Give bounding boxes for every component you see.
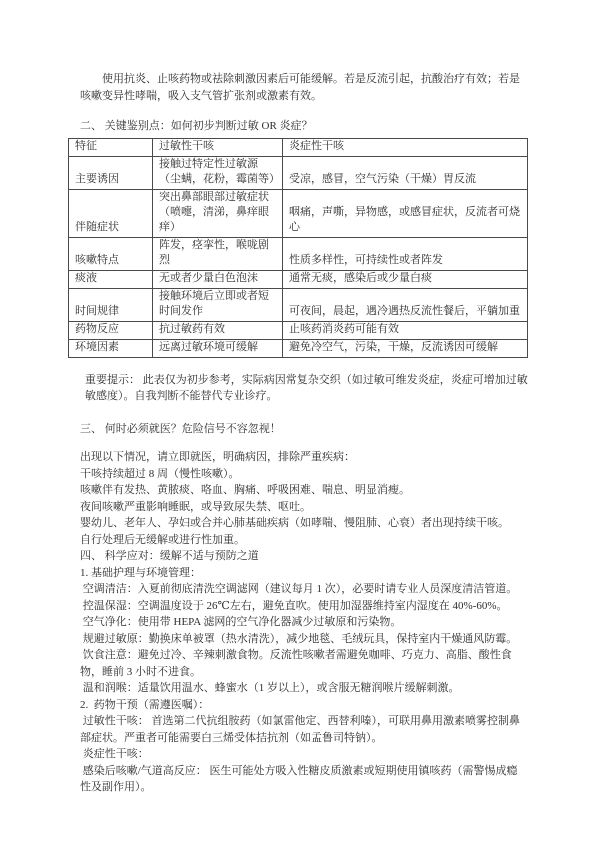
table-header-row: 特征 过敏性干咳 炎症性干咳 — [69, 138, 528, 156]
header-feature: 特征 — [69, 138, 153, 156]
medication-line: 感染后咳嗽/气道高反应： 医生可能处方吸入性糖皮质激素或短期使用镇咳药（需警惕成… — [80, 763, 528, 796]
inflammatory-cell: 通常无痰，感染后或少量白痰 — [283, 270, 528, 288]
warning-line: 夜间咳嗽严重影响睡眠，或导致尿失禁、呕吐。 — [80, 499, 528, 516]
table-row: 咳嗽特点 阵发，痉挛性，喉咙剧烈 性质多样性，可持续性或者阵发 — [69, 237, 528, 270]
care-line: 空气净化：使用带 HEPA 滤网的空气净化器减少过敏原和污染物。 — [80, 614, 528, 631]
feature-cell: 时间规律 — [69, 288, 153, 321]
feature-cell: 痰液 — [69, 270, 153, 288]
medication-heading: 2. 药物干预（需遵医嘱）： — [80, 697, 528, 714]
care-line: 空调清洁：入夏前彻底清洗空调滤网（建议每月 1 次），必要时请专业人员深度清洁管… — [80, 581, 528, 598]
care-line: 饮食注意：避免过冷、辛辣刺激食物。反流性咳嗽者需避免咖啡、巧克力、高脂、酸性食物… — [80, 647, 528, 680]
table-row: 药物反应 抗过敏药有效 止咳药消炎药可能有效 — [69, 321, 528, 339]
care-line: 控温保湿：空调温度设于 26℃左右，避免直吹。使用加湿器维持室内湿度在 40%-… — [80, 598, 528, 615]
care-line: 温和润喉：适量饮用温水、蜂蜜水（1 岁以上），或含服无糖润喉片缓解刺激。 — [80, 680, 528, 697]
medication-line: 炎症性干咳： — [80, 746, 528, 763]
table-row: 伴随症状 突出鼻部眼部过敏症状（喷嚏，清涕，鼻痒眼痒） 咽痛，声嘶，异物感，或感… — [69, 189, 528, 237]
section-3-heading: 三、 何时必须就医？危险信号不容忽视！ — [80, 421, 528, 438]
feature-cell: 药物反应 — [69, 321, 153, 339]
feature-cell: 环境因素 — [69, 339, 153, 357]
feature-cell: 咳嗽特点 — [69, 237, 153, 270]
allergic-cell: 远离过敏环境可缓解 — [153, 339, 283, 357]
comparison-table: 特征 过敏性干咳 炎症性干咳 主要诱因 接触过特定性过敏源（尘螨，花粉，霉菌等）… — [68, 138, 528, 358]
inflammatory-cell: 止咳药消炎药可能有效 — [283, 321, 528, 339]
allergic-cell: 突出鼻部眼部过敏症状（喷嚏，清涕，鼻痒眼痒） — [153, 189, 283, 237]
note-paragraph: 重要提示： 此表仅为初步参考，实际病因常复杂交织（如过敏可维发炎症，炎症可增加过… — [80, 372, 528, 405]
feature-cell: 主要诱因 — [69, 156, 153, 189]
feature-cell: 伴随症状 — [69, 189, 153, 237]
inflammatory-cell: 避免冷空气，污染，干燥，反流诱因可缓解 — [283, 339, 528, 357]
intro-paragraph: 使用抗炎、止咳药物或祛除刺激因素后可能缓解。若是反流引起，抗酸治疗有效；若是咳嗽… — [80, 71, 528, 104]
header-allergic: 过敏性干咳 — [153, 138, 283, 156]
table-row: 环境因素 远离过敏环境可缓解 避免冷空气，污染，干燥，反流诱因可缓解 — [69, 339, 528, 357]
section-4-heading: 四、 科学应对：缓解不适与预防之道 — [80, 548, 528, 565]
table-row: 主要诱因 接触过特定性过敏源（尘螨，花粉，霉菌等） 受凉，感冒，空气污染（干燥）… — [69, 156, 528, 189]
medication-line: 过敏性干咳： 首选第二代抗组胺药（如氯雷他定、西替利嗪），可联用鼻用激素喷雾控制… — [80, 713, 528, 746]
table-row: 痰液 无或者少量白色泡沫 通常无痰，感染后或少量白痰 — [69, 270, 528, 288]
warning-line: 婴幼儿、老年人、孕妇或合并心肺基础疾病（如哮喘、慢阻肺、心衰）者出现持续干咳。 — [80, 515, 528, 532]
allergic-cell: 抗过敏药有效 — [153, 321, 283, 339]
warning-line: 干咳持续超过 8 周（慢性咳嗽）。 — [80, 466, 528, 483]
warning-line: 自行处理后无缓解或进行性加重。 — [80, 532, 528, 549]
document-page: 使用抗炎、止咳药物或祛除刺激因素后可能缓解。若是反流引起，抗酸治疗有效；若是咳嗽… — [0, 0, 595, 841]
body-text-block: 出现以下情况，请立即就医，明确病因，排除严重疾病： 干咳持续超过 8 周（慢性咳… — [80, 449, 528, 796]
care-line: 规避过敏原：勤换床单被罩（热水清洗），减少地毯、毛绒玩具，保持室内干燥通风防霉。 — [80, 631, 528, 648]
inflammatory-cell: 咽痛，声嘶，异物感，或感冒症状，反流者可烧心 — [283, 189, 528, 237]
warning-line: 咳嗽伴有发热、黄脓痰、咯血、胸痛、呼吸困难、喘息、明显消瘦。 — [80, 482, 528, 499]
allergic-cell: 阵发，痉挛性，喉咙剧烈 — [153, 237, 283, 270]
care-heading: 1. 基础护理与环境管理： — [80, 565, 528, 582]
allergic-cell: 无或者少量白色泡沫 — [153, 270, 283, 288]
inflammatory-cell: 性质多样性，可持续性或者阵发 — [283, 237, 528, 270]
warning-intro-line: 出现以下情况，请立即就医，明确病因，排除严重疾病： — [80, 449, 528, 466]
inflammatory-cell: 可夜间，晨起，遇冷遇热反流性餐后，平躺加重 — [283, 288, 528, 321]
allergic-cell: 接触过特定性过敏源（尘螨，花粉，霉菌等） — [153, 156, 283, 189]
table-row: 时间规律 接触环境后立即或者短时间发作 可夜间，晨起，遇冷遇热反流性餐后，平躺加… — [69, 288, 528, 321]
header-inflammatory: 炎症性干咳 — [283, 138, 528, 156]
section-2-heading: 二、 关键鉴别点：如何初步判断过敏 OR 炎症？ — [80, 118, 528, 135]
allergic-cell: 接触环境后立即或者短时间发作 — [153, 288, 283, 321]
inflammatory-cell: 受凉，感冒，空气污染（干燥）胃反流 — [283, 156, 528, 189]
